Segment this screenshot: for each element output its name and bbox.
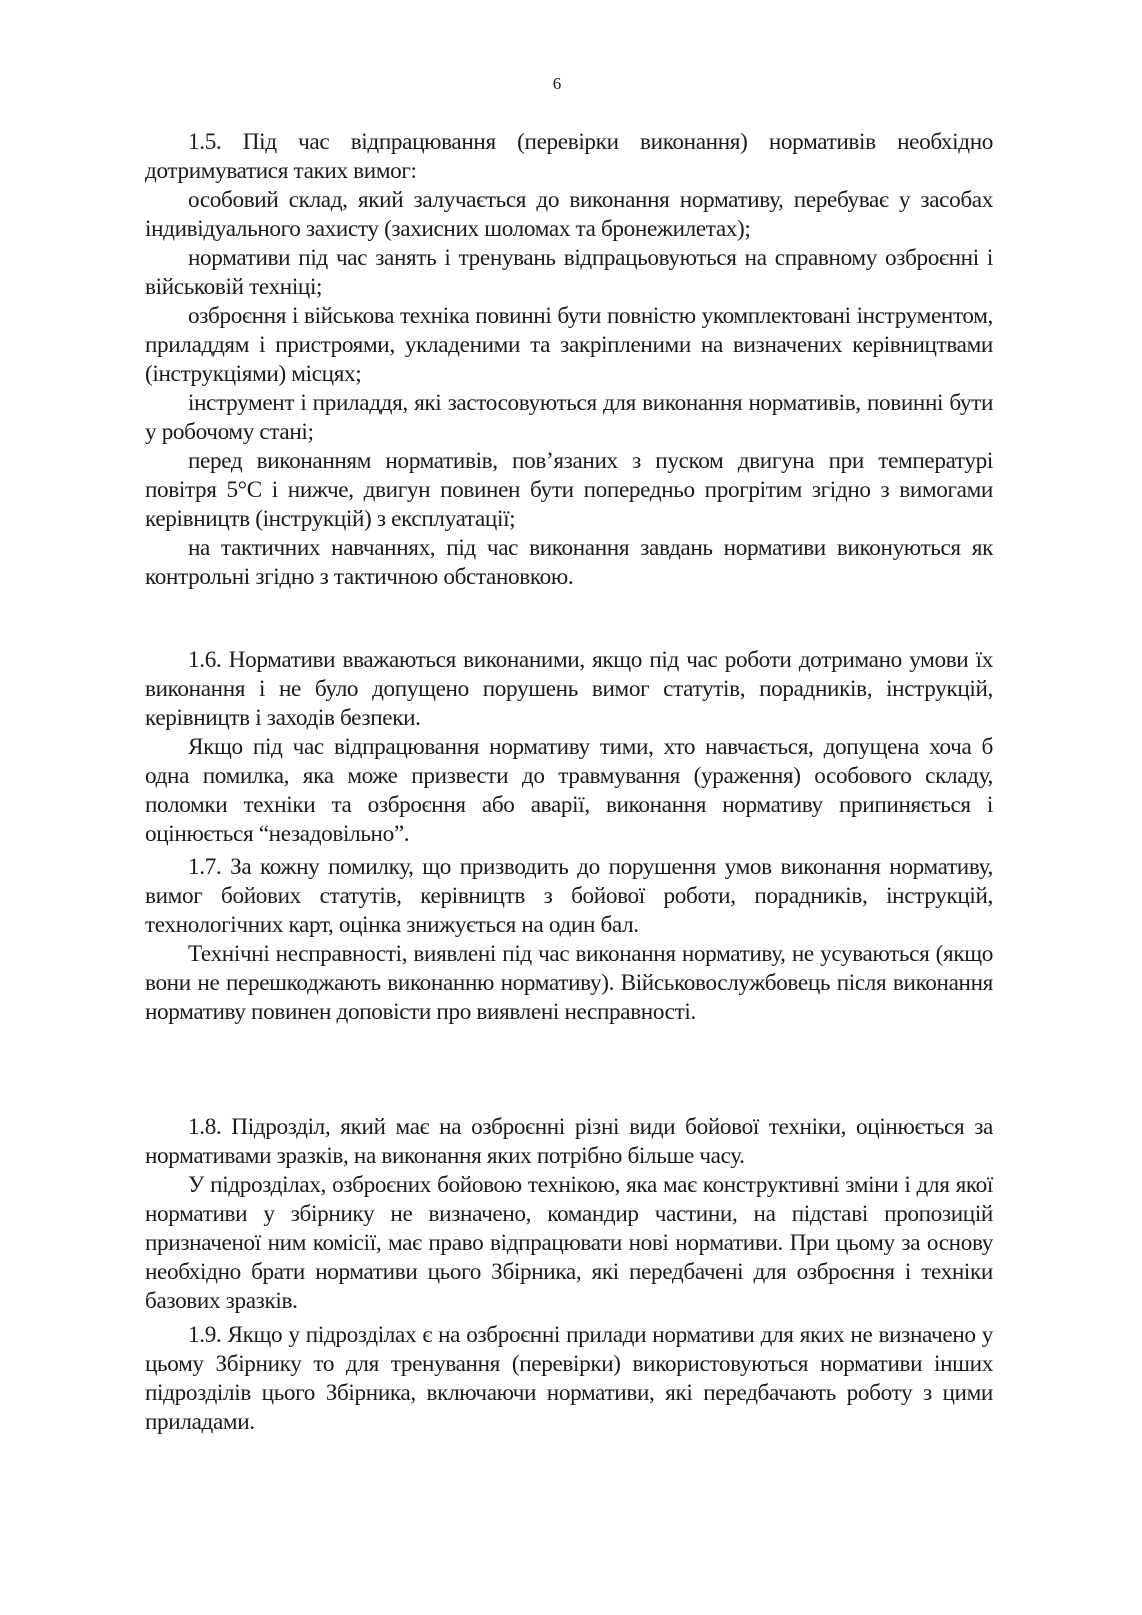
paragraph-1-5-intro: 1.5. Під час відпрацювання (перевірки ви… — [145, 128, 993, 186]
requirement-serviceable-equipment: нормативи під час занять і тренувань від… — [145, 244, 993, 302]
section-1-6: 1.6. Нормативи вважаються виконаними, як… — [145, 646, 993, 849]
requirement-engine-preheat: перед виконанням нормативів, пов’язаних … — [145, 447, 993, 534]
section-1-9: 1.9. Якщо у підрозділах є на озброєнні п… — [145, 1321, 993, 1437]
requirement-protective-gear: особовий склад, який залучається до вико… — [145, 186, 993, 244]
paragraph-1-7-malfunctions: Технічні несправності, виявлені під час … — [145, 940, 993, 1027]
paragraph-1-6: 1.6. Нормативи вважаються виконаними, як… — [145, 646, 993, 733]
section-1-5: 1.5. Під час відпрацювання (перевірки ви… — [145, 128, 993, 592]
paragraph-1-8: 1.8. Підрозділ, який має на озброєнні рі… — [145, 1113, 993, 1171]
section-1-8: 1.8. Підрозділ, який має на озброєнні рі… — [145, 1113, 993, 1316]
paragraph-1-7: 1.7. За кожну помилку, що призводить до … — [145, 853, 993, 940]
paragraph-1-6-failure: Якщо під час відпрацювання нормативу тим… — [145, 733, 993, 849]
requirement-complete-equipment: озброєння і військова техніка повинні бу… — [145, 302, 993, 389]
paragraph-1-8-new-standards: У підрозділах, озброєних бойовою техніко… — [145, 1171, 993, 1316]
section-1-7: 1.7. За кожну помилку, що призводить до … — [145, 853, 993, 1027]
page-number: 6 — [0, 74, 1114, 94]
paragraph-1-9: 1.9. Якщо у підрозділах є на озброєнні п… — [145, 1321, 993, 1437]
requirement-tactical-exercises: на тактичних навчаннях, під час виконанн… — [145, 534, 993, 592]
requirement-working-tools: інструмент і приладдя, які застосовуютьс… — [145, 389, 993, 447]
